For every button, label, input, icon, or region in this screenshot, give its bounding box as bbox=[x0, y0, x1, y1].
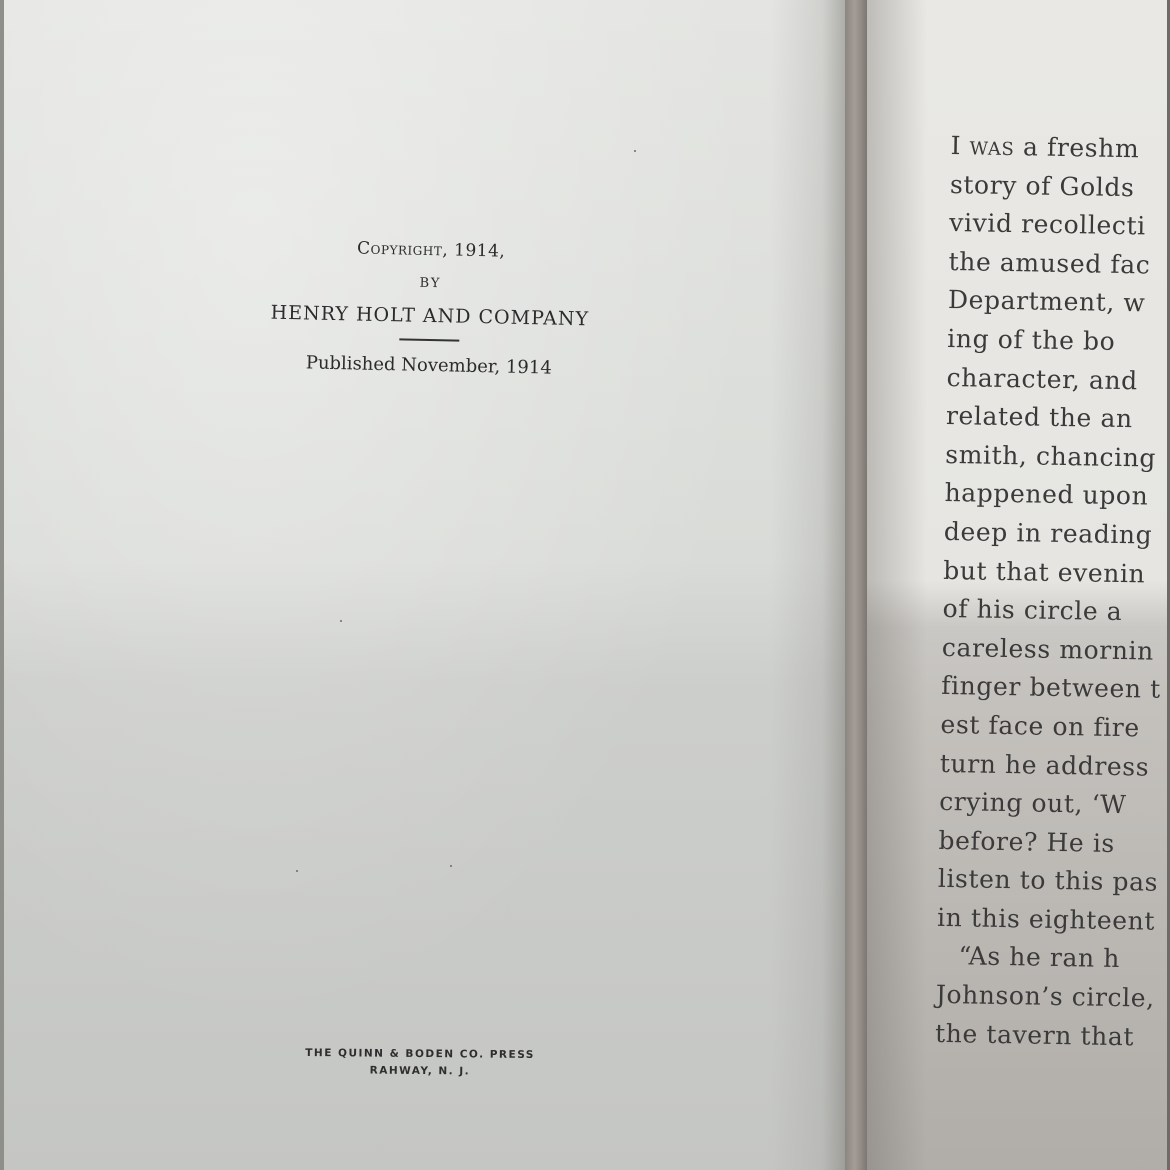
copyright-year: Copyright, 1914, bbox=[231, 236, 631, 264]
copyright-notice: Copyright, 1914, BY HENRY HOLT AND COMPA… bbox=[229, 236, 632, 380]
paper-speck bbox=[634, 150, 636, 152]
printer-location: RAHWAY, N. J. bbox=[290, 1062, 550, 1081]
printer-imprint: THE QUINN & BODEN CO. PRESS RAHWAY, N. J… bbox=[290, 1045, 550, 1081]
publication-date: Published November, 1914 bbox=[229, 351, 629, 380]
printer-name: THE QUINN & BODEN CO. PRESS bbox=[290, 1045, 550, 1064]
text-line: the tavern that bbox=[935, 1015, 1170, 1061]
publisher-name: HENRY HOLT AND COMPANY bbox=[230, 301, 630, 331]
open-book-spread: Copyright, 1914, BY HENRY HOLT AND COMPA… bbox=[0, 0, 1170, 1170]
gutter-shadow bbox=[770, 0, 845, 1170]
left-page-copyright: Copyright, 1914, BY HENRY HOLT AND COMPA… bbox=[0, 0, 845, 1170]
paper-speck bbox=[340, 620, 342, 622]
copyright-by: BY bbox=[230, 272, 630, 295]
paper-speck bbox=[450, 865, 452, 867]
paper-speck bbox=[296, 870, 298, 872]
right-page-text: I was a freshm story of Golds vivid reco… bbox=[867, 0, 1170, 1170]
book-gutter bbox=[845, 0, 867, 1170]
body-paragraph: I was a freshm story of Golds vivid reco… bbox=[935, 127, 1170, 1060]
divider-rule bbox=[399, 338, 459, 341]
